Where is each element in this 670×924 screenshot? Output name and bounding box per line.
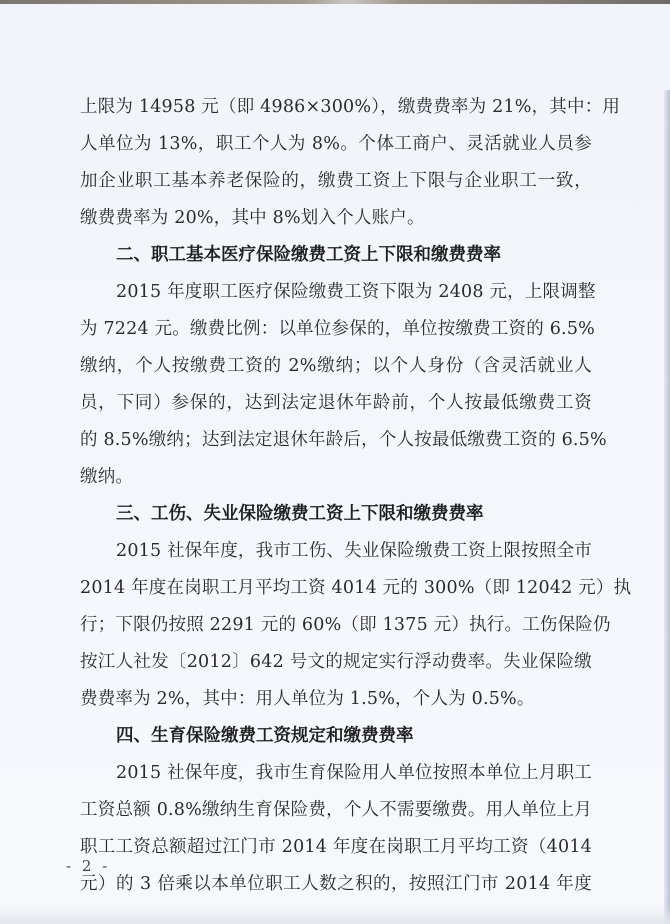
text-line: 缴纳，个人按缴费工资的 2%缴纳；以个人身份（含灵活就业人: [80, 348, 592, 385]
section-injury-unemployment-insurance: 三、工伤、失业保险缴费工资上下限和缴费费率 2015 社保年度，我市工伤、失业保…: [80, 496, 592, 718]
section-maternity-insurance: 四、生育保险缴费工资规定和缴费费率 2015 社保年度，我市生育保险用人单位按照…: [80, 718, 592, 903]
text-line: 缴费费率为 20%，其中 8%划入个人账户。: [80, 200, 592, 237]
text-line: 元）的 3 倍乘以本单位职工人数之积的，按照江门市 2014 年度: [80, 866, 592, 903]
text-line: 职工工资总额超过江门市 2014 年度在岗职工月平均工资（4014: [80, 829, 592, 866]
text-line: 员，下同）参保的，达到法定退休年龄前，个人按最低缴费工资: [80, 385, 592, 422]
text-line: 上限为 14958 元（即 4986×300%），缴费费率为 21%，其中：用: [80, 89, 592, 126]
text-line: 缴纳。: [80, 459, 592, 496]
scan-right-edge: [664, 90, 670, 924]
text-line: 工资总额 0.8%缴纳生育保险费，个人不需要缴费。用人单位上月: [80, 792, 592, 829]
paragraph-pension-continued: 上限为 14958 元（即 4986×300%），缴费费率为 21%，其中：用 …: [80, 89, 592, 237]
scanned-document-page: 上限为 14958 元（即 4986×300%），缴费费率为 21%，其中：用 …: [0, 0, 670, 924]
section-heading: 四、生育保险缴费工资规定和缴费费率: [80, 718, 592, 755]
text-line: 为 7224 元。缴费比例：以单位参保的，单位按缴费工资的 6.5%: [80, 311, 592, 348]
section-medical-insurance: 二、职工基本医疗保险缴费工资上下限和缴费费率 2015 年度职工医疗保险缴费工资…: [80, 237, 592, 496]
page-number: - 2 -: [66, 857, 110, 875]
section-heading: 三、工伤、失业保险缴费工资上下限和缴费费率: [80, 496, 592, 533]
text-line: 行；下限仍按照 2291 元的 60%（即 1375 元）执行。工伤保险仍: [80, 607, 592, 644]
scan-bottom-shade: [0, 906, 670, 924]
text-line: 2014 年度在岗职工月平均工资 4014 元的 300%（即 12042 元）…: [80, 570, 592, 607]
text-line: 的 8.5%缴纳；达到法定退休年龄后，个人按最低缴费工资的 6.5%: [80, 422, 592, 459]
text-line: 按江人社发〔2012〕642 号文的规定实行浮动费率。失业保险缴: [80, 644, 592, 681]
text-line: 2015 社保年度，我市生育保险用人单位按照本单位上月职工: [80, 755, 592, 792]
text-line: 人单位为 13%，职工个人为 8%。个体工商户、灵活就业人员参: [80, 126, 592, 163]
document-body: 上限为 14958 元（即 4986×300%），缴费费率为 21%，其中：用 …: [80, 89, 592, 903]
scan-top-edge: [0, 0, 670, 4]
text-line: 2015 年度职工医疗保险缴费工资下限为 2408 元，上限调整: [80, 274, 592, 311]
text-line: 2015 社保年度，我市工伤、失业保险缴费工资上限按照全市: [80, 533, 592, 570]
text-line: 费费率为 2%，其中：用人单位为 1.5%，个人为 0.5%。: [80, 681, 592, 718]
section-heading: 二、职工基本医疗保险缴费工资上下限和缴费费率: [80, 237, 592, 274]
text-line: 加企业职工基本养老保险的，缴费工资上下限与企业职工一致，: [80, 163, 592, 200]
